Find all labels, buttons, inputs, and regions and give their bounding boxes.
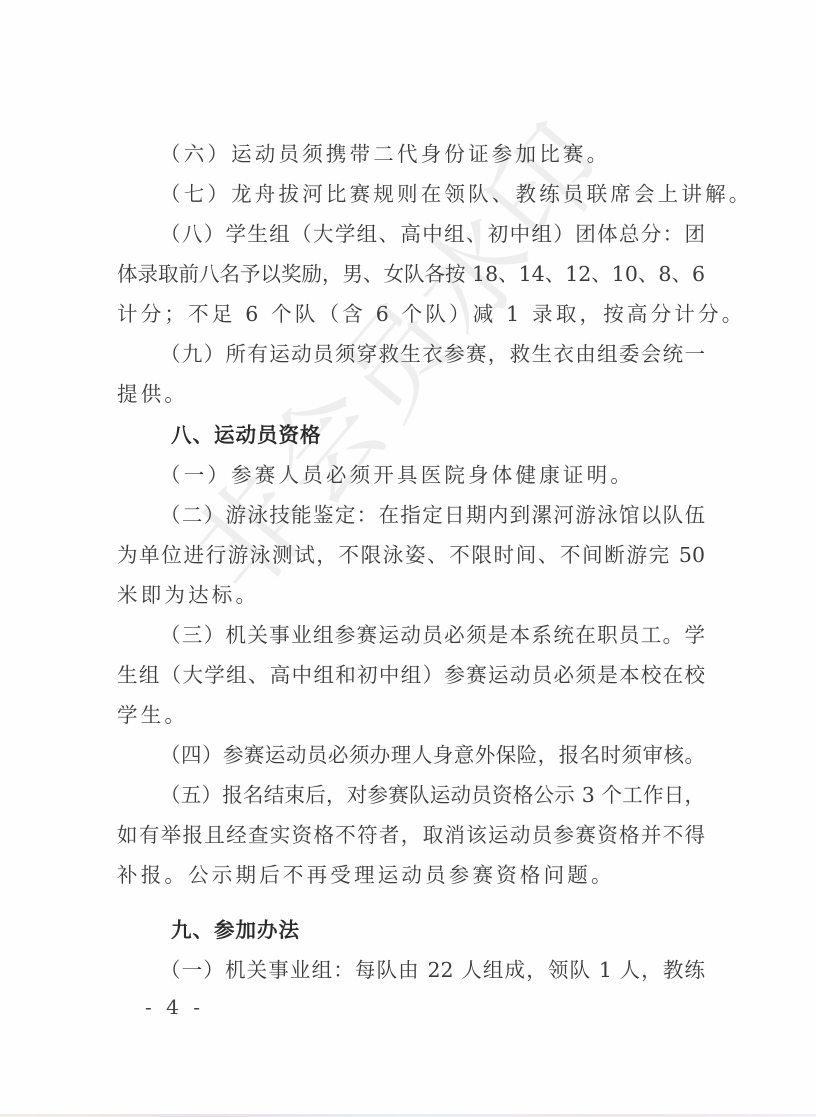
section-heading-participation-method: 九、参加办法 [171,918,759,942]
page-number: - 4 - [145,995,204,1019]
eligibility-3-line-2: 生组（大学组、高中组和初中组）参赛运动员必须是本校在校 [117,663,705,687]
eligibility-5-line-2: 如有举报且经查实资格不符者，取消该运动员参赛资格并不得 [117,823,705,847]
eligibility-5-line-1: （五）报名结束后，对参赛队运动员资格公示 3 个工作日， [160,783,705,807]
eligibility-3-line-3: 学生。 [117,703,705,727]
participation-1-line: （一）机关事业组：每队由 22 人组成，领队 1 人，教练 [160,958,705,982]
item-8-line-2: 体录取前八名予以奖励，男、女队各按 18、14、12、10、8、6 [117,262,705,286]
eligibility-3-line-1: （三）机关事业组参赛运动员必须是本系统在职员工。学 [160,623,705,647]
eligibility-2-line-1: （二）游泳技能鉴定：在指定日期内到漯河游泳馆以队伍 [160,503,705,527]
section-heading-athlete-eligibility: 八、运动员资格 [171,423,759,447]
item-8-line-1: （八）学生组（大学组、高中组、初中组）团体总分：团 [160,222,705,246]
item-9-line-2: 提供。 [117,382,705,406]
eligibility-2-line-3: 米即为达标。 [117,583,705,607]
item-7-line: （七）龙舟拔河比赛规则在领队、教练员联席会上讲解。 [160,182,705,206]
eligibility-5-line-3: 补报。公示期后不再受理运动员参赛资格问题。 [117,863,705,887]
item-9-line-1: （九）所有运动员须穿救生衣参赛，救生衣由组委会统一 [160,342,705,366]
document-page: 非会员水印 （六）运动员须携带二代身份证参加比赛。 （七）龙舟拔河比赛规则在领队… [0,0,816,1117]
eligibility-2-line-2: 为单位进行游泳测试，不限泳姿、不限时间、不间断游完 50 [117,543,705,567]
item-8-line-3: 计分；不足 6 个队（含 6 个队）减 1 录取，按高分计分。 [117,302,705,326]
eligibility-4-line: （四）参赛运动员必须办理人身意外保险，报名时须审核。 [160,743,705,767]
eligibility-1-line: （一）参赛人员必须开具医院身体健康证明。 [160,463,705,487]
item-6-line: （六）运动员须携带二代身份证参加比赛。 [160,142,705,166]
